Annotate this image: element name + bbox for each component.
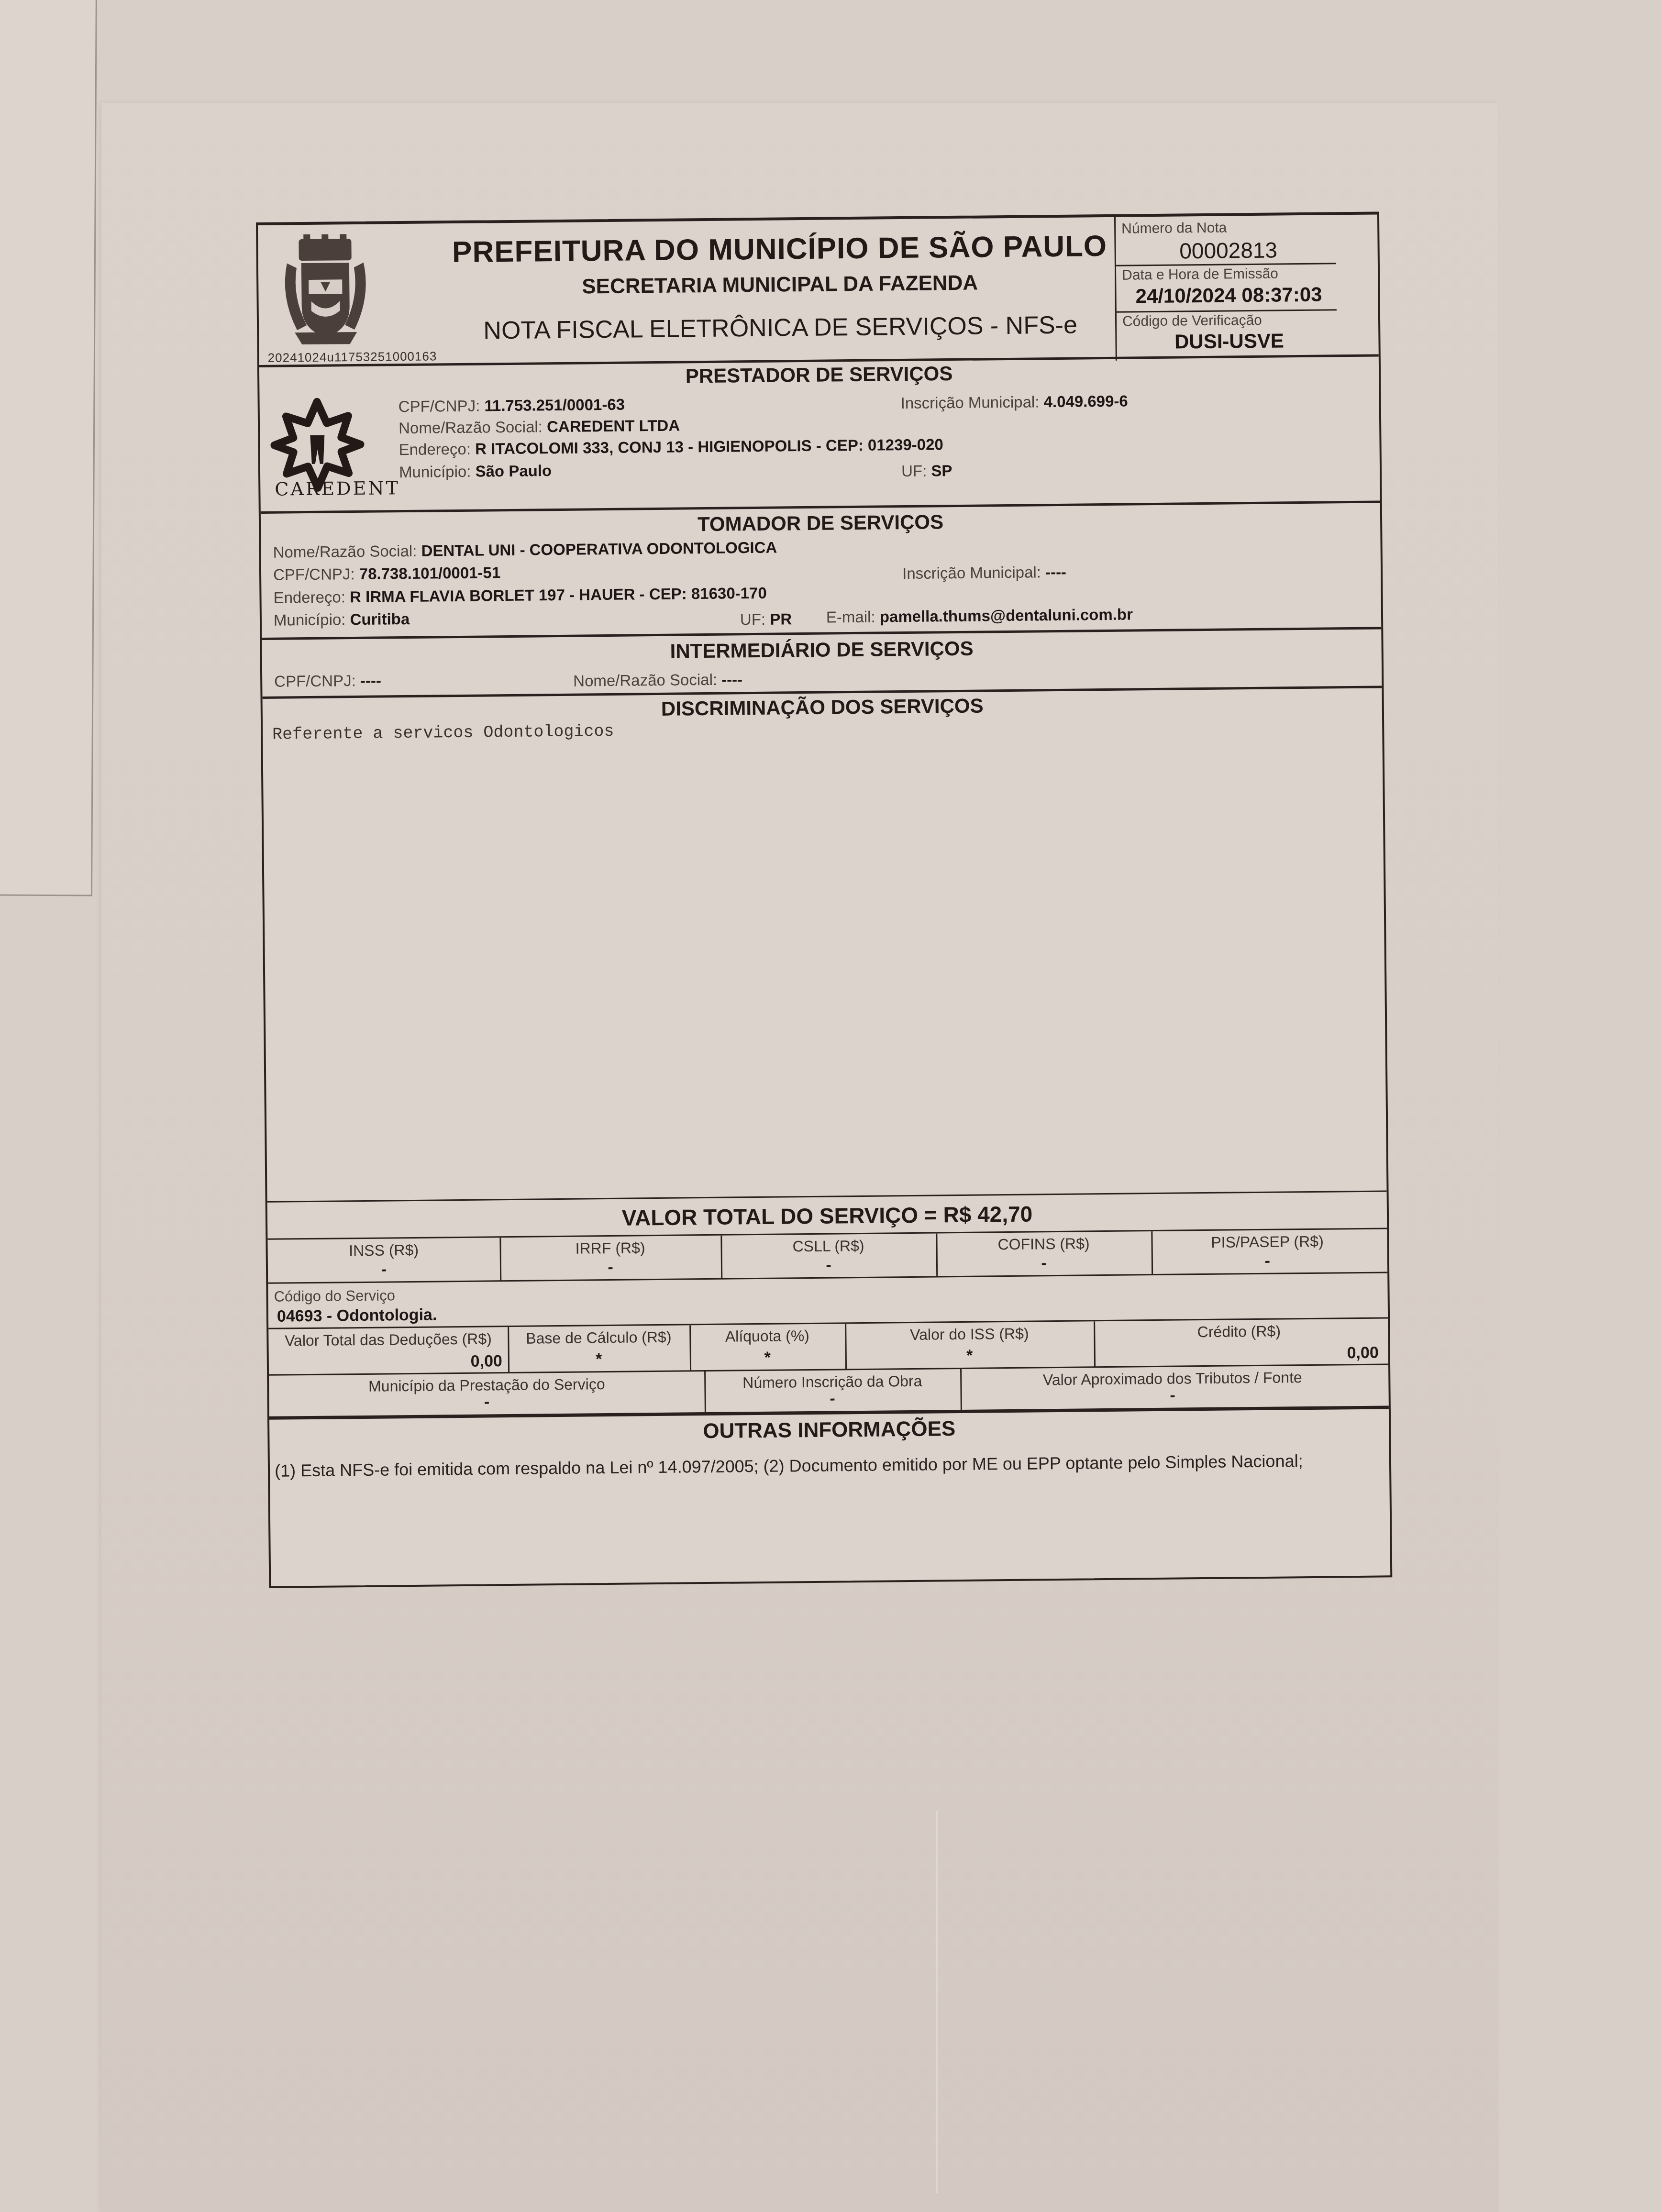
invoice-number: 00002813 [1116,236,1340,265]
provider-im: 4.049.699-6 [1043,392,1128,411]
customer-name: DENTAL UNI - COOPERATIVA ODONTOLOGICA [421,539,777,560]
provider-uf: SP [931,462,952,479]
document-title: NOTA FISCAL ELETRÔNICA DE SERVIÇOS - NFS… [421,310,1140,345]
customer-uf-label: UF: [740,610,766,629]
iss-label: Crédito (R$) [1094,1321,1384,1342]
withholding-value: - [936,1253,1152,1273]
intermediary-name-label: Nome/Razão Social: [573,671,717,690]
iss-label: Valor do ISS (R$) [845,1324,1094,1344]
iss-value: 0,00 [471,1352,503,1371]
coat-of-arms-icon [277,234,374,350]
iss-cell: Base de Cálculo (R$)* [508,1325,690,1372]
provider-city: São Paulo [475,462,552,480]
iss-value: * [690,1348,845,1368]
customer-name-label: Nome/Razão Social: [273,542,417,561]
customer-im: ---- [1045,563,1066,581]
withholding-cell: COFINS (R$)- [936,1231,1152,1276]
iss-label: Valor Total das Deduções (R$) [268,1330,508,1350]
intermediary-cnpj-label: CPF/CNPJ: [274,672,356,690]
extra-value: - [269,1391,705,1414]
provider-im-label: Inscrição Municipal: [901,393,1040,412]
other-info-text: (1) Esta NFS-e foi emitida com respaldo … [275,1449,1370,1482]
invoice-meta-box: Número da Nota 00002813 Data e Hora de E… [1114,214,1380,360]
issue-datetime: 24/10/2024 08:37:03 [1116,283,1341,308]
caredent-logo-text: CAREDENT [275,477,400,500]
org-title: PREFEITURA DO MUNICÍPIO DE SÃO PAULO [421,229,1139,269]
barcode-number: 20241024u11753251000163 [268,349,437,365]
iss-value: 0,00 [1347,1344,1379,1363]
withholding-cell: IRRF (R$)- [499,1236,721,1281]
service-total: VALOR TOTAL DO SERVIÇO = R$ 42,70 [267,1197,1387,1234]
customer-cnpj-label: CPF/CNPJ: [273,565,355,584]
customer-address: R IRMA FLAVIA BORLET 197 - HAUER - CEP: … [350,584,767,606]
withholding-cell: CSLL (R$)- [720,1233,936,1278]
provider-cnpj: 11.753.251/0001-63 [484,396,625,415]
extra-value: - [960,1384,1384,1407]
customer-city: Curitiba [350,610,410,628]
withholding-label: PIS/PASEP (R$) [1151,1232,1383,1252]
withholding-label: IRRF (R$) [499,1239,720,1258]
background-sheet [0,0,97,896]
invoice-number-label: Número da Nota [1121,220,1227,237]
extra-value: - [704,1388,960,1409]
extra-cell: Valor Aproximado dos Tributos / Fonte- [960,1365,1385,1410]
iss-value: * [508,1349,690,1370]
provider-address-label: Endereço: [399,440,471,458]
service-code: 04693 - Odontologia. [277,1305,437,1326]
extra-cell: Município da Prestação do Serviço- [269,1371,705,1416]
issue-datetime-label: Data e Hora de Emissão [1122,265,1278,283]
customer-city-label: Município: [274,610,346,629]
iss-value: * [845,1345,1094,1366]
withholding-value: - [268,1259,500,1280]
iss-cell: Valor do ISS (R$)* [845,1321,1094,1369]
withholding-label: INSS (R$) [267,1240,499,1261]
intermediary-name: ---- [721,670,742,688]
provider-cnpj-label: CPF/CNPJ: [399,397,480,416]
customer-email-label: E-mail: [826,608,875,626]
extra-cell: Número Inscrição da Obra- [704,1369,961,1412]
org-subtitle: SECRETARIA MUNICIPAL DA FAZENDA [421,269,1139,300]
service-code-label: Código do Serviço [274,1287,395,1305]
customer-email[interactable]: pamella.thums@dentaluni.com.br [880,605,1133,625]
provider-name: CAREDENT LTDA [547,417,680,436]
customer-im-label: Inscrição Municipal: [902,563,1041,582]
iss-label: Alíquota (%) [689,1327,845,1346]
provider-name-label: Nome/Razão Social: [399,418,543,437]
withholding-cell: PIS/PASEP (R$)- [1151,1229,1384,1274]
nfse-document: 20241024u11753251000163 PREFEITURA DO MU… [256,211,1392,1588]
verification-code-label: Código de Verificação [1122,312,1262,330]
withholding-label: COFINS (R$) [936,1234,1151,1254]
provider-city-label: Município: [399,463,471,481]
provider-uf-label: UF: [901,462,927,480]
withholding-label: CSLL (R$) [720,1236,936,1256]
verification-code: DUSI-USVE [1117,329,1341,354]
provider-address: R ITACOLOMI 333, CONJ 13 - HIGIENOPOLIS … [475,435,943,457]
iss-label: Base de Cálculo (R$) [508,1328,689,1348]
customer-cnpj: 78.738.101/0001-51 [359,564,501,583]
intermediary-cnpj: ---- [360,672,381,689]
iss-cell: Crédito (R$)0,00 [1094,1318,1384,1367]
customer-uf: PR [770,610,792,628]
services-description: Referente a servicos Odontologicos [272,722,614,744]
withholding-value: - [1152,1250,1384,1272]
customer-address-label: Endereço: [273,588,345,606]
withholding-value: - [500,1257,721,1278]
iss-cell: Alíquota (%)* [689,1324,845,1371]
withholding-cell: INSS (R$)- [267,1238,500,1283]
iss-cell: Valor Total das Deduções (R$)0,00 [268,1327,508,1375]
withholding-value: - [721,1255,936,1275]
